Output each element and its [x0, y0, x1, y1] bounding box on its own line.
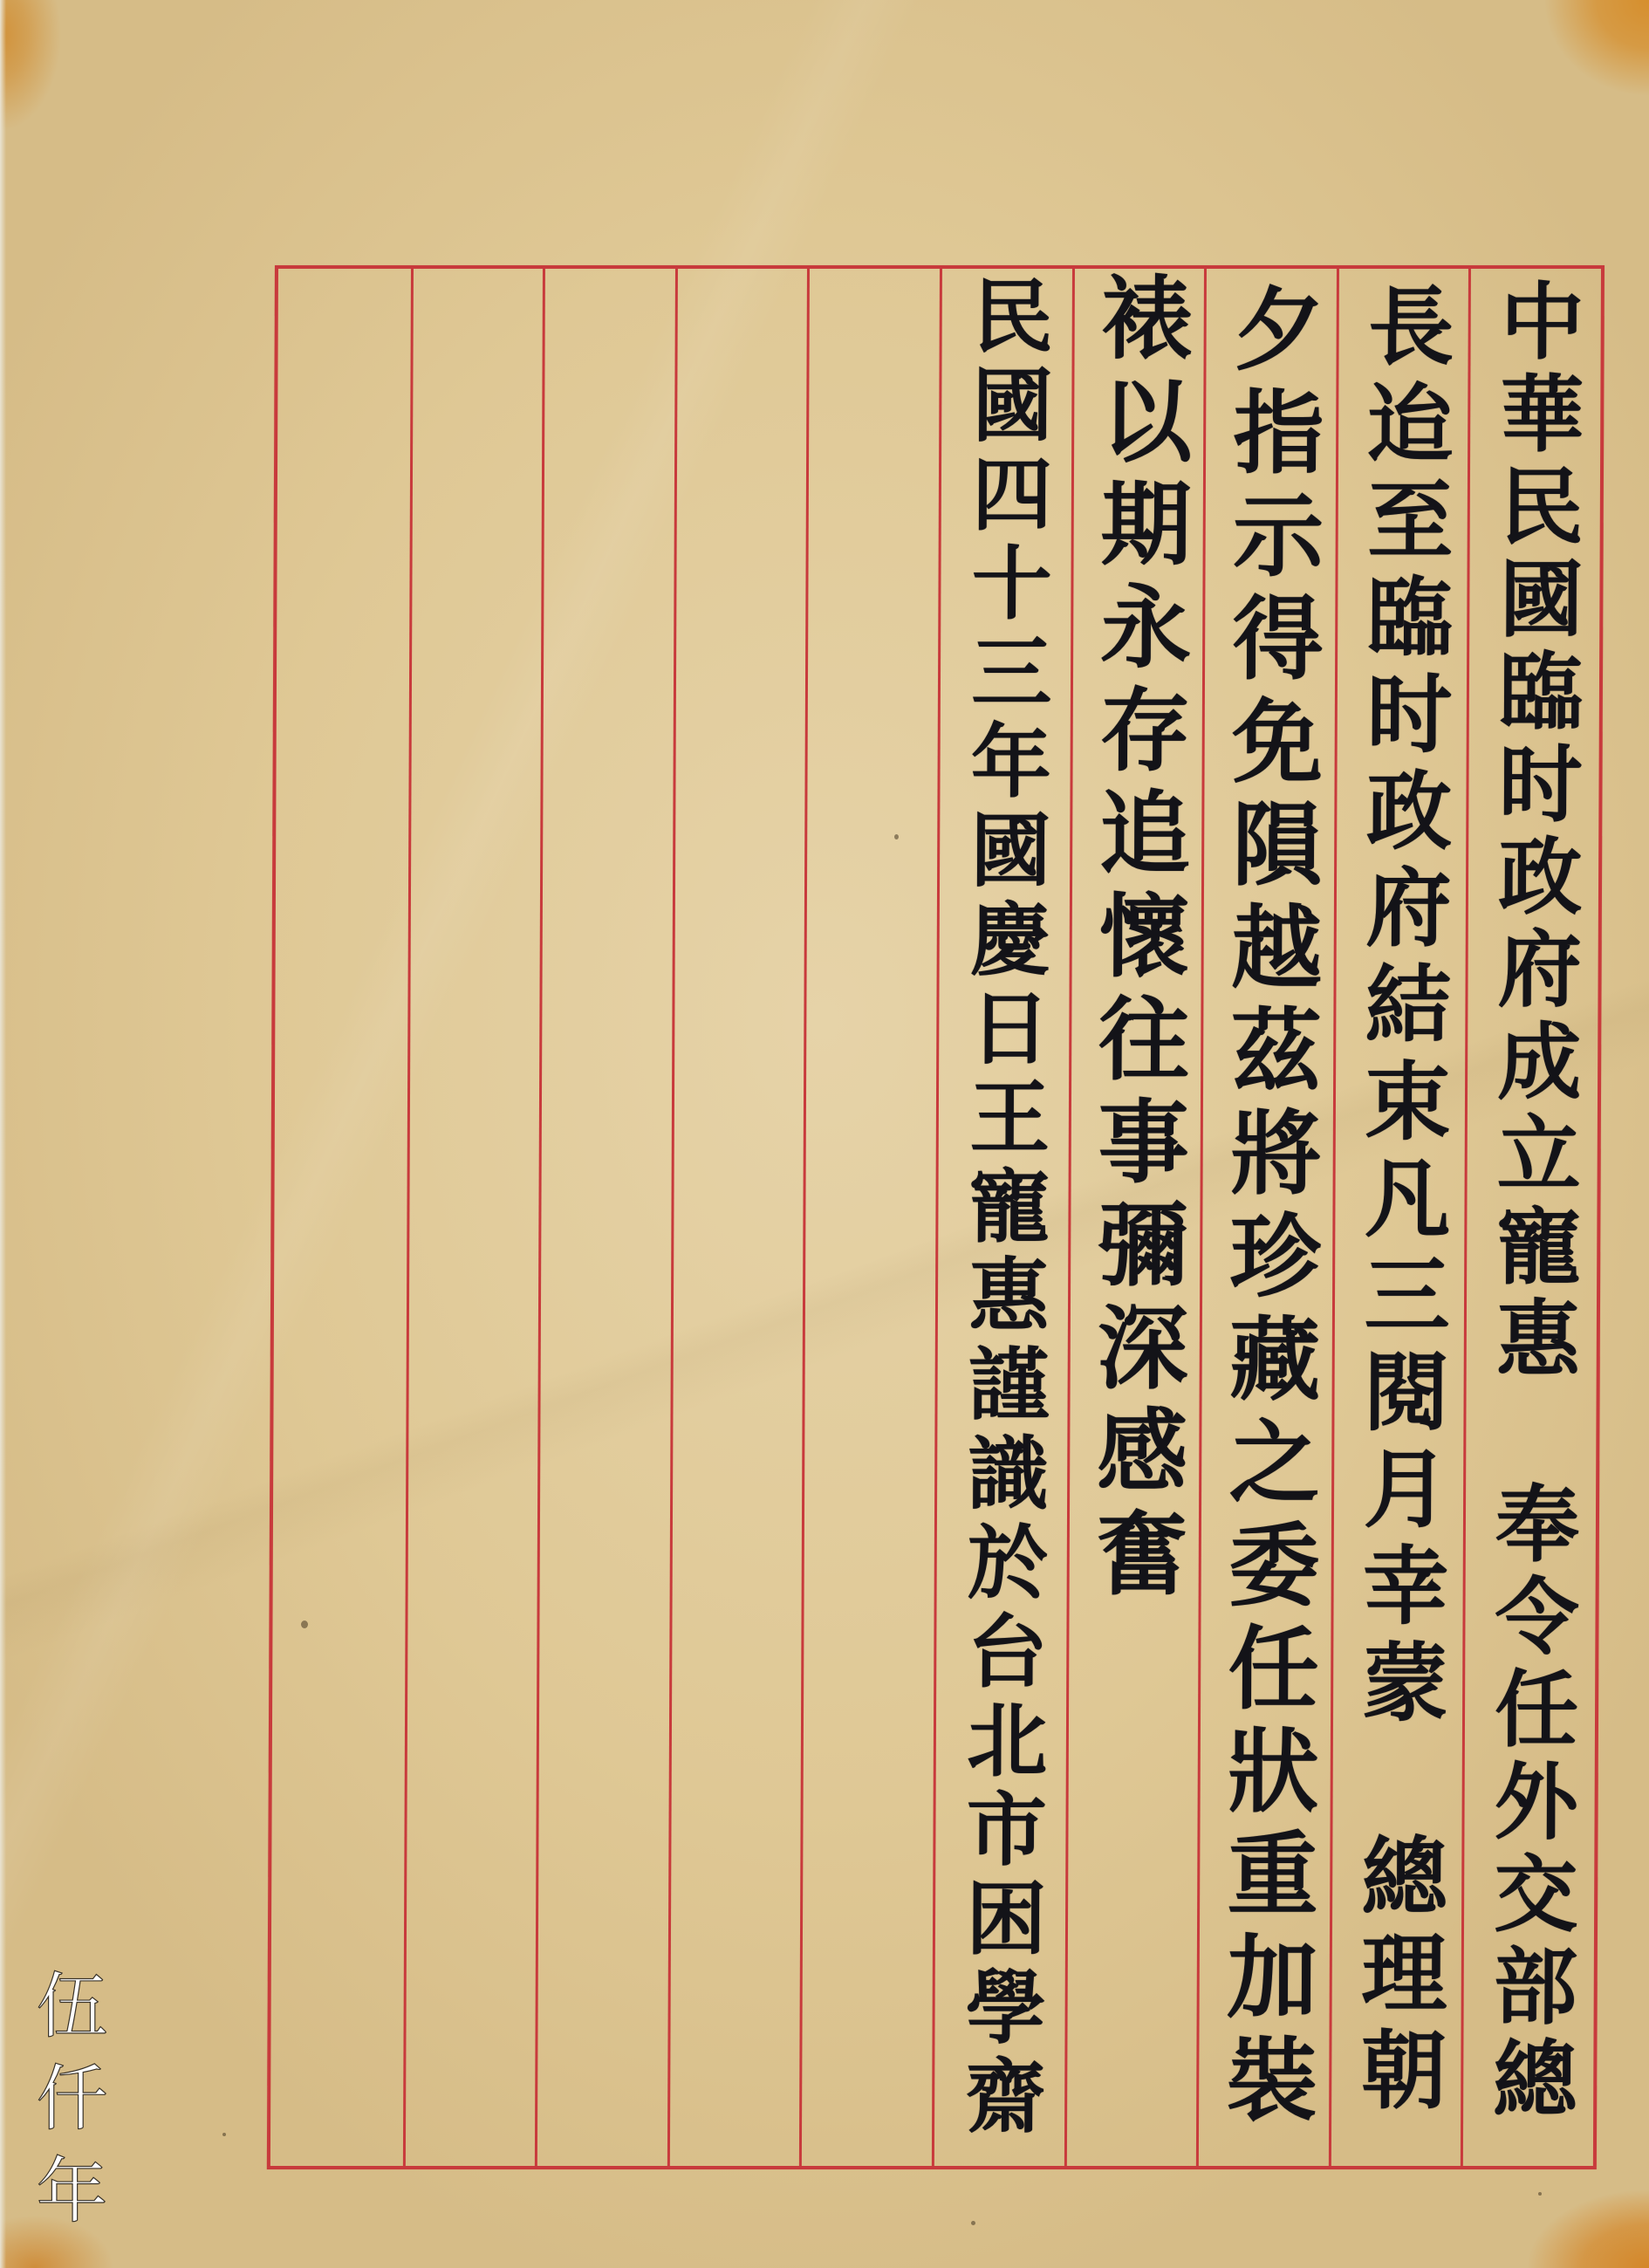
paper-fleck	[222, 2133, 226, 2136]
paper-fleck	[971, 2221, 975, 2225]
ruled-column-6	[799, 269, 940, 2166]
paper-fleck	[1538, 2192, 1542, 2196]
red-ruled-frame: 民國四十三年國慶日王寵惠謹識於台北市困學齋 裱以期永存追懷往事彌深感奮 夕指示得…	[267, 265, 1605, 2169]
inscription-line-1: 中華民國臨时政府成立寵惠 奉令任外交部總	[1487, 278, 1578, 2128]
ruled-column-8	[535, 269, 675, 2166]
ruled-column-9	[402, 269, 543, 2166]
ruled-column-7	[667, 269, 808, 2166]
watermark-text: 伍仟年	[30, 1968, 101, 2245]
inscription-line-2: 長迨至臨时政府結束凡三閱月幸蒙 總理朝	[1353, 282, 1447, 2122]
ruled-column-5: 民國四十三年國慶日王寵惠謹識於台北市困學齋	[932, 269, 1072, 2166]
ruled-column-10	[270, 269, 411, 2166]
paper-left-edge	[0, 0, 6, 2268]
ruled-column-2: 長迨至臨时政府結束凡三閱月幸蒙 總理朝	[1329, 269, 1469, 2166]
ruled-column-3: 夕指示得免隕越茲將珍藏之委任狀重加裝	[1196, 269, 1337, 2166]
ruled-column-1: 中華民國臨时政府成立寵惠 奉令任外交部總	[1461, 269, 1601, 2166]
inscription-line-3: 夕指示得免隕越茲將珍藏之委任狀重加裝	[1219, 282, 1317, 2135]
ruled-column-4: 裱以期永存追懷往事彌深感奮	[1064, 269, 1204, 2166]
manuscript-page: 民國四十三年國慶日王寵惠謹識於台北市困學齋 裱以期永存追懷往事彌深感奮 夕指示得…	[0, 0, 1649, 2268]
colophon-signature-line: 民國四十三年國慶日王寵惠謹識於台北市困學齋	[959, 274, 1047, 2143]
inscription-line-4: 裱以期永存追懷往事彌深感奮	[1088, 271, 1184, 1609]
